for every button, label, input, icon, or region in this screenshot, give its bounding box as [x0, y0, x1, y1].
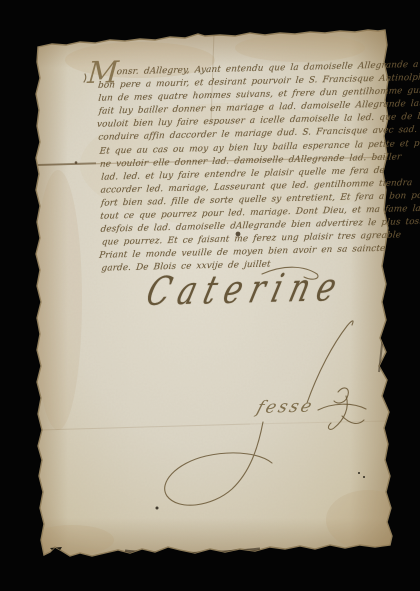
paper-aging	[30, 26, 410, 566]
paper-grain-texture	[30, 26, 400, 566]
ink-speck	[156, 507, 159, 510]
ink-speck	[363, 476, 365, 478]
ink-speck	[358, 472, 360, 474]
paper-artwork	[0, 0, 420, 591]
manuscript-photo: M onsr. dAllegrey, Ayant entendu que la …	[0, 0, 420, 591]
ink-blot	[236, 232, 241, 237]
